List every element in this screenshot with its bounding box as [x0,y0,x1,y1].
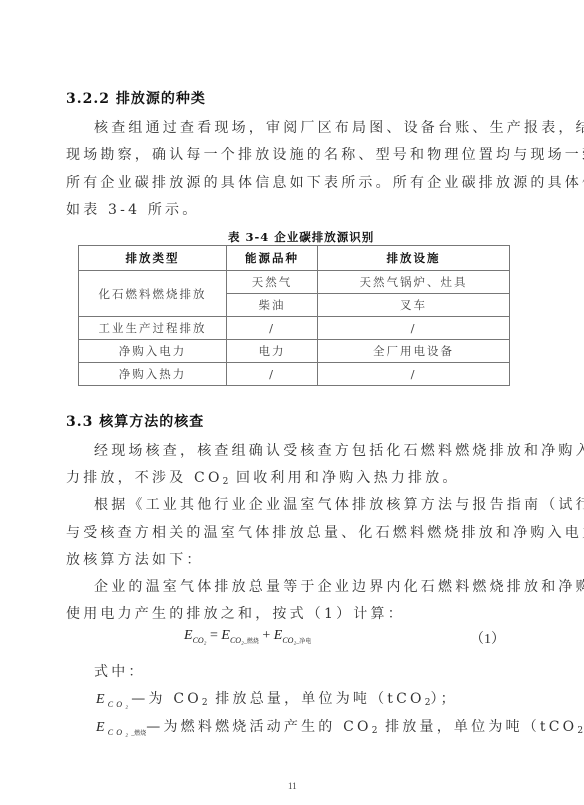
text-span: 排放量，单位为吨（tCO [377,719,577,735]
cell-energy-type: 天然气 [227,271,318,294]
header-energy-type: 能源品种 [227,246,318,271]
cell-emission-type: 工业生产过程排放 [79,317,227,340]
table-row: 净购入电力 电力 全厂用电设备 [79,340,510,363]
eq-subscript-cn: _净电 [296,639,311,645]
text-span: 排放总量，单位为吨（tCO [208,691,425,707]
eq-subscript-cn: _燃烧 [244,639,259,645]
paragraph-line: 现场勘察，确认每一个排放设施的名称、型号和物理位置均与现场一致。 [66,144,584,164]
cell-emission-type: 化石燃料燃烧排放 [79,271,227,317]
header-emission-facility: 排放设施 [318,246,510,271]
paragraph-line: 使用电力产生的排放之和，按式（1）计算： [66,603,405,623]
paragraph-line: 如表 3-4 所示。 [66,199,199,219]
paragraph-line: 与受核查方相关的温室气体排放总量、化石燃料燃烧排放和净购入电力排 [66,522,584,542]
cell-energy-type: 柴油 [227,294,318,317]
eq-subscript: CO₂ [230,636,244,645]
eq-symbol: E [96,692,108,707]
eq-subscript: CO₂ [108,700,132,709]
paragraph-line: 核查组通过查看现场，审阅厂区布局图、设备台账、生产报表，结合 [94,117,584,137]
cell-energy-type: / [227,317,318,340]
table-row: 化石燃料燃烧排放 天然气 天然气锅炉、灶具 [79,271,510,294]
cell-energy-type: / [227,363,318,386]
paragraph-line: 所有企业碳排放源的具体信息如下表所示。所有企业碳排放源的具体信息 [66,172,584,192]
page-number: 11 [288,781,297,791]
table-caption: 表 3-4 企业碳排放源识别 [228,229,374,245]
eq-subscript: CO₂ [108,728,132,737]
paragraph-line: 放核算方法如下： [66,549,204,569]
eq-operator: + [259,628,274,643]
cell-facility: / [318,317,510,340]
paragraph-line: 经现场核查，核查组确认受核查方包括化石燃料燃烧排放和净购入电 [94,440,584,460]
cell-facility: 天然气锅炉、灶具 [318,271,510,294]
table-row: 净购入热力 / / [79,363,510,386]
where-label: 式中： [94,661,146,681]
definition-2: ECO₂_燃烧—为燃料燃烧活动产生的 CO2 排放量，单位为吨（tCO2）； [96,716,584,737]
eq-symbol: E [221,628,230,643]
eq-symbol: E [96,720,108,735]
eq-subscript: CO₂ [282,636,296,645]
definition-1: ECO₂—为 CO2 排放总量，单位为吨（tCO2）； [96,688,458,709]
cell-emission-type: 净购入电力 [79,340,227,363]
def-symbol: ECO₂ [96,692,131,707]
paragraph-line: 企业的温室气体排放总量等于企业边界内化石燃料燃烧排放和净购入 [94,576,584,596]
header-emission-type: 排放类型 [79,246,227,271]
eq-operator: = [206,628,221,643]
section-heading-3-2-2: 3.2.2 排放源的种类 [66,88,206,108]
text-span: —为 CO [131,691,202,707]
text-span: —为燃料燃烧活动产生的 CO [146,719,371,735]
def-symbol: ECO₂_燃烧 [96,720,146,735]
cell-facility: 全厂用电设备 [318,340,510,363]
emission-sources-table: 排放类型 能源品种 排放设施 化石燃料燃烧排放 天然气 天然气锅炉、灶具 柴油 … [78,245,510,386]
equation-number: （1） [470,628,505,648]
eq-subscript-cn: _燃烧 [131,731,146,737]
section-heading-3-3: 3.3 核算方法的核查 [66,411,204,431]
paragraph-line: 力排放，不涉及 CO2 回收利用和净购入热力排放。 [66,467,460,487]
text-span: 力排放，不涉及 CO [66,470,223,486]
cell-energy-type: 电力 [227,340,318,363]
eq-symbol: E [184,628,193,643]
paragraph-line: 根据《工业其他行业企业温室气体排放核算方法与报告指南（试行）》， [94,494,584,514]
cell-facility: 叉车 [318,294,510,317]
eq-subscript: CO₂ [193,636,207,645]
cell-emission-type: 净购入热力 [79,363,227,386]
text-span: ）； [430,691,457,707]
table-row: 工业生产过程排放 / / [79,317,510,340]
text-span: 回收利用和净购入热力排放。 [228,470,459,486]
equation-1: ECO₂ = ECO₂_燃烧 + ECO₂_净电 [184,628,311,645]
table-header-row: 排放类型 能源品种 排放设施 [79,246,510,271]
cell-facility: / [318,363,510,386]
